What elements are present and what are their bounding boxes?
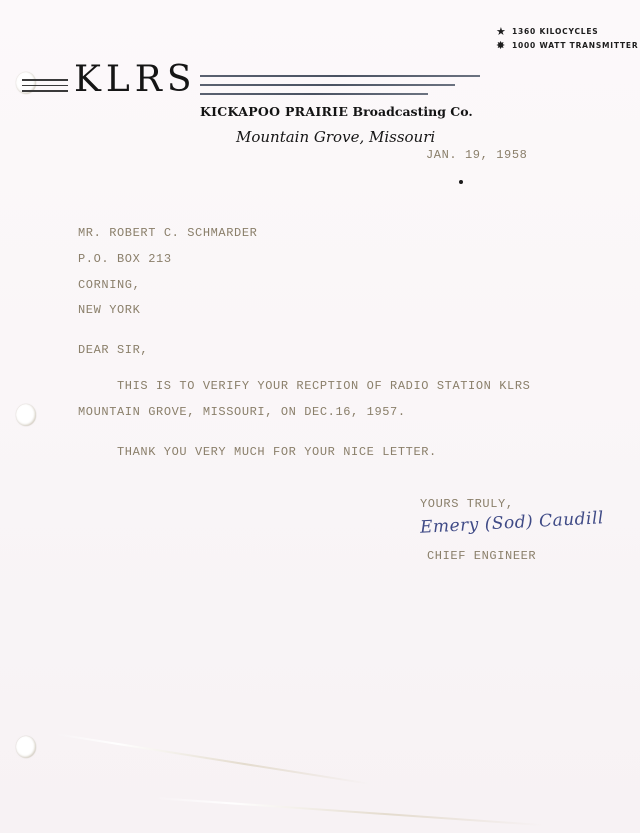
signer-title: CHIEF ENGINEER xyxy=(427,549,536,563)
recipient-city: CORNING, xyxy=(78,278,140,292)
call-sign-logo: KLRS xyxy=(74,58,197,102)
letter-date: JAN. 19, 1958 xyxy=(426,148,527,162)
company-name: KICKAPOO PRAIRIE Broadcasting Co. xyxy=(200,104,473,119)
closing: YOURS TRULY, xyxy=(420,497,514,511)
letter-page: ★ 1360 KILOCYCLES ✸ 1000 WATT TRANSMITTE… xyxy=(0,0,640,833)
star-icon: ✸ xyxy=(496,39,512,52)
recipient-address-line: P.O. BOX 213 xyxy=(78,252,172,266)
spec-power: ✸ 1000 WATT TRANSMITTER xyxy=(496,38,638,52)
punch-hole-middle xyxy=(16,404,36,426)
logo-rule-left xyxy=(22,79,68,96)
company-name-rest: Broadcasting Co. xyxy=(348,104,473,119)
company-name-caps: KICKAPOO PRAIRIE xyxy=(200,104,348,119)
recipient-name: MR. ROBERT C. SCHMARDER xyxy=(78,226,257,240)
body-paragraph-line: MOUNTAIN GROVE, MISSOURI, ON DEC.16, 195… xyxy=(78,405,406,419)
salutation: DEAR SIR, xyxy=(78,343,148,357)
spec-text: 1000 WATT TRANSMITTER xyxy=(512,41,638,50)
body-paragraph-line: THIS IS TO VERIFY YOUR RECPTION OF RADIO… xyxy=(117,379,530,393)
paper-crease xyxy=(55,733,371,785)
station-specs: ★ 1360 KILOCYCLES ✸ 1000 WATT TRANSMITTE… xyxy=(496,24,638,52)
logo-rule-right xyxy=(200,75,480,102)
spec-text: 1360 KILOCYCLES xyxy=(512,27,598,36)
handwritten-signature: Emery (Sod) Caudill xyxy=(420,508,605,538)
star-icon: ★ xyxy=(496,25,512,38)
company-city: Mountain Grove, Missouri xyxy=(236,128,435,146)
body-thanks-line: THANK YOU VERY MUCH FOR YOUR NICE LETTER… xyxy=(117,445,437,459)
punch-hole-bottom xyxy=(16,736,36,758)
paper-crease xyxy=(155,797,544,826)
spec-frequency: ★ 1360 KILOCYCLES xyxy=(496,24,638,38)
ink-dot xyxy=(459,180,463,184)
recipient-state: NEW YORK xyxy=(78,303,140,317)
